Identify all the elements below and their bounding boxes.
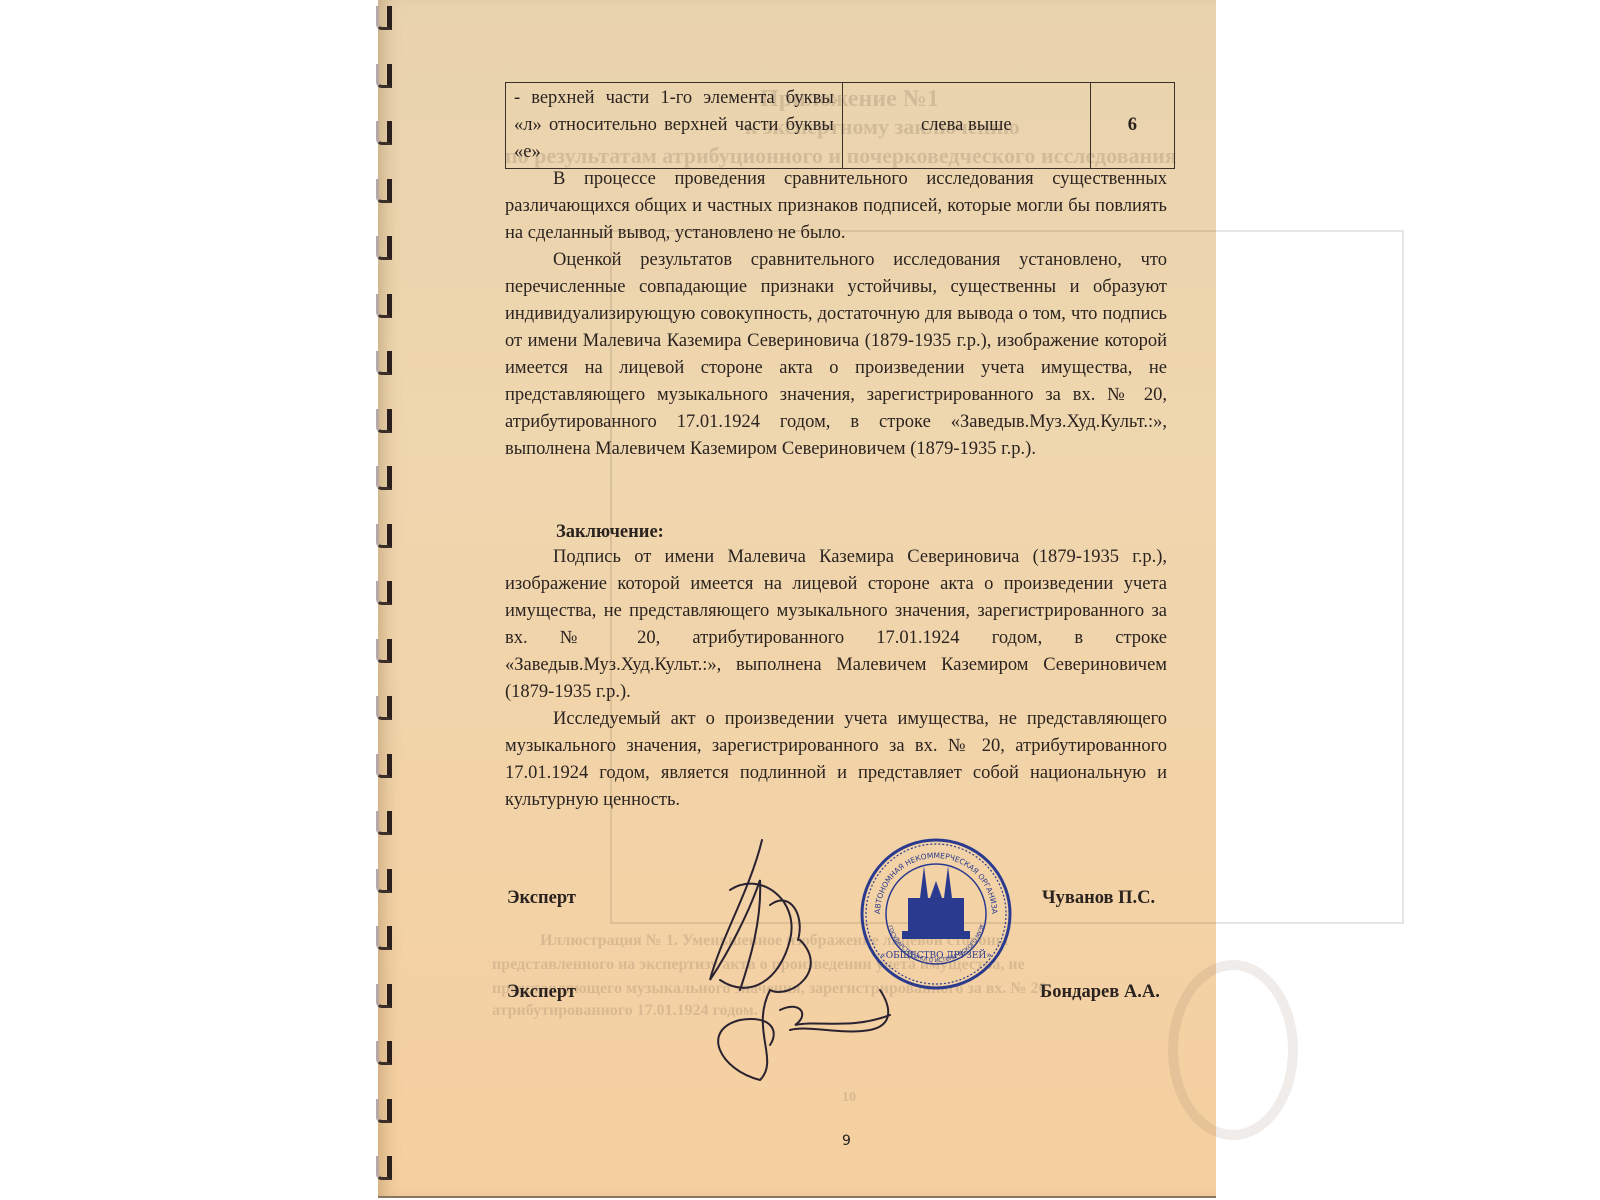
spiral-ring (376, 409, 392, 433)
spiral-ring (376, 696, 392, 720)
description-cell: слева выше (842, 83, 1090, 169)
table-row: - верхней части 1-го элемента буквы «л» … (506, 83, 1175, 169)
paragraph: Исследуемый акт о произведении учета иму… (505, 706, 1167, 814)
spiral-ring (376, 926, 392, 950)
spiral-ring (376, 754, 392, 778)
spiral-ring (376, 639, 392, 663)
paragraph: Подпись от имени Малевича Каземира Север… (505, 544, 1167, 706)
page-number: 9 (842, 1133, 851, 1149)
conclusion-heading: Заключение: (556, 522, 664, 543)
paragraph: Оценкой результатов сравнительного иссле… (505, 247, 1167, 463)
ghost-stamp (1168, 960, 1298, 1140)
spiral-ring (376, 581, 392, 605)
expert-name-2: Бондарев А.А. (1040, 982, 1160, 1003)
spiral-ring (376, 179, 392, 203)
official-stamp: АВТОНОМНАЯ НЕКОММЕРЧЕСКАЯ ОРГАНИЗАЦИЯ ПО… (858, 836, 1014, 992)
paragraph: В процессе проведения сравнительного исс… (505, 166, 1167, 247)
analysis-text: В процессе проведения сравнительного исс… (505, 166, 1167, 463)
spiral-ring (376, 811, 392, 835)
comparison-table: - верхней части 1-го элемента буквы «л» … (505, 82, 1175, 169)
spiral-ring (376, 6, 392, 30)
number-cell: 6 (1090, 83, 1174, 169)
spiral-ring (376, 466, 392, 490)
spiral-binding (376, 0, 398, 1200)
spiral-ring (376, 524, 392, 548)
feature-cell: - верхней части 1-го элемента буквы «л» … (506, 83, 843, 169)
spiral-ring (376, 236, 392, 260)
spiral-ring (376, 294, 392, 318)
spiral-ring (376, 1099, 392, 1123)
spiral-ring (376, 1156, 392, 1180)
spiral-ring (376, 869, 392, 893)
expert-name-1: Чуванов П.С. (1042, 888, 1155, 909)
spiral-ring (376, 984, 392, 1008)
museum-building-icon (902, 866, 970, 939)
stamp-center-text: «ОБЩЕСТВО ДРУЗЕЙ» (880, 949, 992, 961)
spiral-ring (376, 351, 392, 375)
spiral-ring (376, 64, 392, 88)
spiral-ring (376, 121, 392, 145)
spiral-ring (376, 1041, 392, 1065)
expert-role-1: Эксперт (507, 888, 576, 909)
conclusion-text: Подпись от имени Малевича Каземира Север… (505, 544, 1167, 814)
expert-role-2: Эксперт (507, 982, 576, 1003)
